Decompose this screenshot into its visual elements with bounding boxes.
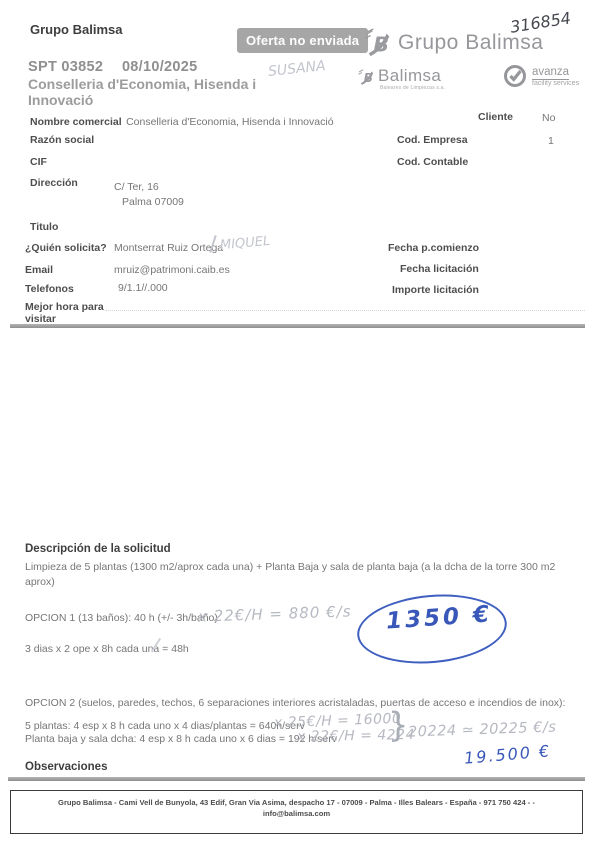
email-label: Email bbox=[25, 264, 53, 276]
fecha-pcomienzo-label: Fecha p.comienzo bbox=[388, 242, 479, 254]
grupo-balimsa-logo-text: Grupo Balimsa bbox=[398, 31, 543, 55]
direccion-line1: C/ Ter, 16 bbox=[114, 181, 159, 193]
opcion2-linea1: OPCION 2 (suelos, paredes, techos, 6 sep… bbox=[25, 697, 565, 709]
section-divider-bar-bottom bbox=[8, 777, 585, 781]
importe-licitacion-label: Importe licitación bbox=[392, 284, 479, 296]
balimsa-logo-icon: B bbox=[358, 68, 376, 86]
footer-box: Grupo Balimsa - Cami Vell de Bunyola, 43… bbox=[10, 790, 583, 834]
direccion-label: Dirección bbox=[30, 177, 78, 189]
quien-solicita-value: Montserrat Ruiz Ortega bbox=[114, 242, 223, 254]
cod-empresa-label: Cod. Empresa bbox=[397, 134, 468, 146]
solicitud-descripcion: Limpieza de 5 plantas (1300 m2/aprox cad… bbox=[25, 560, 585, 590]
opcion1-linea1: OPCION 1 (13 baños): 40 h (+/- 3h/baño) bbox=[25, 612, 218, 624]
opcion1-linea2: 3 dias x 2 ope x 8h cada una = 48h bbox=[25, 643, 189, 655]
opcion2-linea3: Planta baja y sala dcha: 4 esp x 8 h cad… bbox=[25, 733, 337, 745]
avanza-logo-tagline: facility services bbox=[532, 80, 579, 87]
balimsa-logo-tagline: Baleares de Limpiezas s.a. bbox=[380, 85, 445, 91]
svg-text:B: B bbox=[373, 32, 389, 56]
nombre-comercial-value: Conselleria d'Economia, Hisenda i Innova… bbox=[126, 116, 333, 128]
mejor-hora-label: Mejor hora para visitar bbox=[25, 301, 110, 325]
direccion-line2: Palma 07009 bbox=[122, 196, 184, 208]
cliente-value: No bbox=[542, 112, 555, 124]
footer-address-line: Grupo Balimsa - Cami Vell de Bunyola, 43… bbox=[11, 797, 582, 808]
field-nombre-comercial: Nombre comercial Conselleria d'Economia,… bbox=[30, 112, 334, 130]
handwritten-opcion2-suma: 20224 ≃ 20225 €/s bbox=[408, 719, 557, 740]
company-name: Grupo Balimsa bbox=[30, 22, 122, 37]
offer-reference-line: SPT 03852 08/10/2025 bbox=[28, 59, 198, 75]
avanza-logo-icon bbox=[503, 64, 527, 88]
titulo-label: Titulo bbox=[30, 221, 58, 233]
cod-contable-label: Cod. Contable bbox=[397, 156, 468, 168]
pencil-brace-mark: } bbox=[388, 705, 408, 745]
quien-solicita-label: ¿Quién solicita? bbox=[25, 242, 107, 254]
status-badge: Oferta no enviada bbox=[237, 28, 368, 53]
razon-social-label: Razón social bbox=[30, 134, 94, 146]
divider-dotted bbox=[105, 310, 585, 311]
balimsa-logo-text: Balimsa bbox=[378, 66, 441, 86]
fecha-licitacion-label: Fecha licitación bbox=[400, 263, 479, 275]
email-value: mruiz@patrimoni.caib.es bbox=[114, 264, 230, 276]
cif-label: CIF bbox=[30, 156, 47, 168]
section-divider-bar bbox=[10, 324, 585, 328]
offer-date: 08/10/2025 bbox=[122, 59, 198, 75]
observaciones-heading: Observaciones bbox=[25, 761, 107, 773]
solicitud-heading: Descripción de la solicitud bbox=[25, 543, 171, 555]
handwritten-solicitante: MIQUEL bbox=[219, 234, 270, 253]
offer-document-page: Grupo Balimsa Oferta no enviada 316854 B… bbox=[0, 0, 595, 842]
client-name-heading: Conselleria d'Economia, Hisenda i Innova… bbox=[28, 76, 296, 108]
nombre-comercial-label: Nombre comercial bbox=[30, 116, 122, 128]
opcion2-linea2: 5 plantas: 4 esp x 8 h cada uno x 4 dias… bbox=[25, 720, 305, 732]
handwritten-opcion1-calculo: x 22€/H = 880 €/s bbox=[198, 602, 352, 625]
cod-empresa-value: 1 bbox=[548, 135, 554, 147]
grupo-balimsa-logo-icon: B bbox=[364, 28, 394, 58]
telefonos-label: Telefonos bbox=[25, 283, 74, 295]
handwritten-opcion2-total: 19.500 € bbox=[463, 741, 552, 768]
offer-reference: SPT 03852 bbox=[28, 59, 103, 75]
avanza-logo-text: avanza bbox=[532, 66, 569, 80]
svg-text:B: B bbox=[364, 71, 373, 85]
telefonos-value: 9/1.1//.000 bbox=[118, 282, 168, 294]
footer-email-line: info@balimsa.com bbox=[11, 808, 582, 819]
cliente-label: Cliente bbox=[478, 111, 513, 123]
